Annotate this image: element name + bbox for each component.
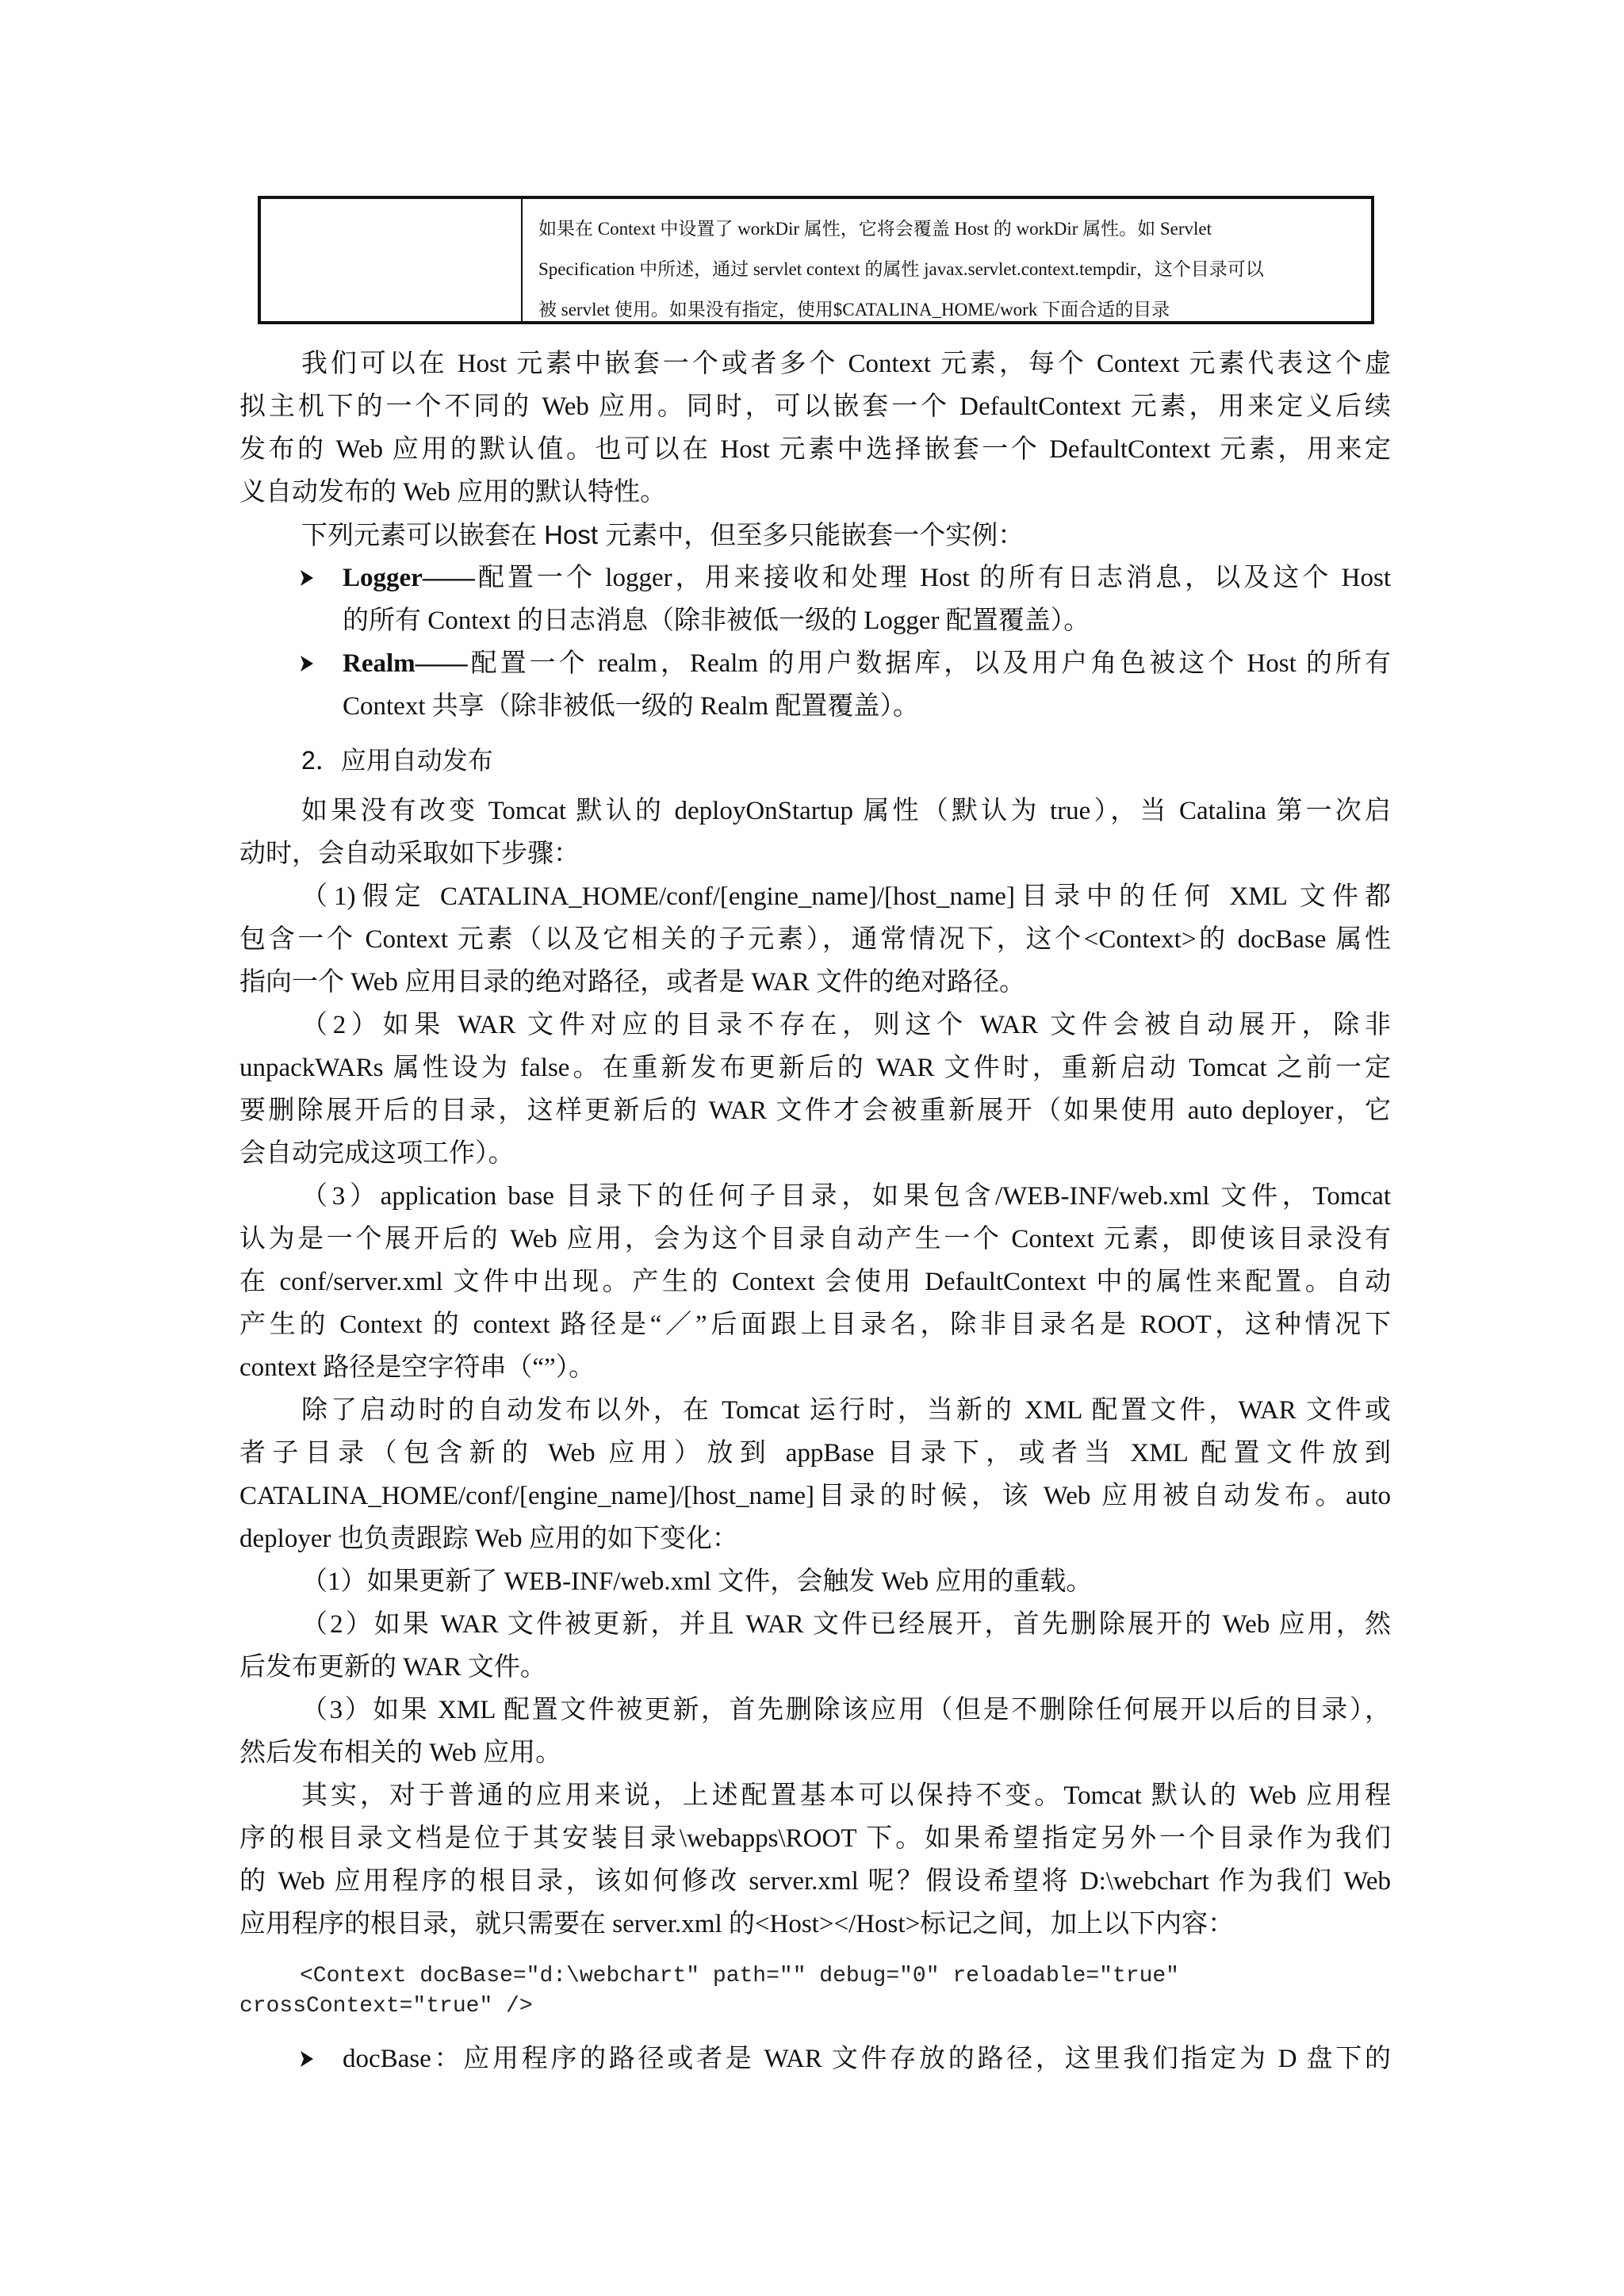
section-heading: 2．应用自动发布 (239, 739, 1391, 782)
text-line: 认为是一个展开后的 Web 应用，会为这个目录自动产生一个 Context 元素… (239, 1218, 1391, 1261)
text: 配置一个 realm，Realm 的用户数据库，以及用户角色被这个 Host 的… (468, 649, 1391, 678)
root-directory-paragraph: 其实，对于普通的应用来说，上述配置基本可以保持不变。Tomcat 默认的 Web… (239, 1774, 1391, 1946)
text-line: （1)假定 CATALINA_HOME/conf/[engine_name]/[… (239, 875, 1391, 918)
text-line: Realm——配置一个 realm，Realm 的用户数据库，以及用户角色被这个… (343, 642, 1391, 685)
text-line: 如果没有改变 Tomcat 默认的 deployOnStartup 属性（默认为… (239, 790, 1391, 832)
text-line: （3）application base 目录下的任何子目录，如果包含/WEB-I… (239, 1175, 1391, 1218)
list-item-logger: Logger——配置一个 logger，用来接收和处理 Host 的所有日志消息… (239, 557, 1391, 642)
text-line: （1）如果更新了 WEB-INF/web.xml 文件，会触发 Web 应用的重… (239, 1560, 1391, 1603)
text-line: 下列元素可以嵌套在 Host 元素中，但至多只能嵌套一个实例： (239, 514, 1391, 557)
term: docBase (343, 2045, 431, 2073)
text-line: 的所有 Context 的日志消息（除非被低一级的 Logger 配置覆盖）。 (343, 599, 1391, 642)
term: Realm (343, 649, 416, 678)
text-line: 者子目录（包含新的 Web 应用）放到 appBase 目录下，或者当 XML … (239, 1432, 1391, 1475)
runtime-change-1: （1）如果更新了 WEB-INF/web.xml 文件，会触发 Web 应用的重… (239, 1560, 1391, 1603)
text-line: 会自动完成这项工作）。 (239, 1132, 1391, 1175)
startup-step-1: （1)假定 CATALINA_HOME/conf/[engine_name]/[… (239, 875, 1391, 1004)
list-item-realm: Realm——配置一个 realm，Realm 的用户数据库，以及用户角色被这个… (239, 642, 1391, 728)
text-line: （2）如果 WAR 文件对应的目录不存在，则这个 WAR 文件会被自动展开，除非 (239, 1004, 1391, 1047)
attribute-name-cell (261, 199, 523, 321)
text-line: 我们可以在 Host 元素中嵌套一个或者多个 Context 元素，每个 Con… (239, 342, 1391, 385)
text-line: docBase：应用程序的路径或者是 WAR 文件存放的路径，这里我们指定为 D… (343, 2038, 1391, 2080)
text: 配置一个 logger，用来接收和处理 Host 的所有日志消息，以及这个 Ho… (475, 564, 1391, 592)
text-line: 要删除展开后的目录，这样更新后的 WAR 文件才会被重新展开（如果使用 auto… (239, 1089, 1391, 1132)
text-line: 除了启动时的自动发布以外，在 Tomcat 运行时，当新的 XML 配置文件，W… (239, 1389, 1391, 1432)
text-line: 在 conf/server.xml 文件中出现。产生的 Context 会使用 … (239, 1261, 1391, 1303)
text-line: 后发布更新的 WAR 文件。 (239, 1646, 1391, 1689)
runtime-change-3: （3）如果 XML 配置文件被更新，首先删除该应用（但是不删除任何展开以后的目录… (239, 1689, 1391, 1774)
text-line: Logger——配置一个 logger，用来接收和处理 Host 的所有日志消息… (343, 557, 1391, 599)
dash: —— (416, 649, 468, 678)
text-line: 动时，会自动采取如下步骤： (239, 832, 1391, 875)
description-line: 被 servlet 使用。如果没有指定，使用$CATALINA_HOME/wor… (538, 289, 1358, 330)
body-text: 我们可以在 Host 元素中嵌套一个或者多个 Context 元素，每个 Con… (239, 342, 1391, 2080)
description-line: Specification 中所述，通过 servlet context 的属性… (538, 249, 1358, 289)
code-line: crossContext="true" /> (239, 1992, 1391, 2022)
runtime-paragraph: 除了启动时的自动发布以外，在 Tomcat 运行时，当新的 XML 配置文件，W… (239, 1389, 1391, 1560)
text-line: 序的根目录文档是位于其安装目录\webapps\ROOT 下。如果希望指定另外一… (239, 1817, 1391, 1860)
description-line: 如果在 Context 中设置了 workDir 属性，它将会覆盖 Host 的… (538, 209, 1358, 249)
attribute-description-cell: 如果在 Context 中设置了 workDir 属性，它将会覆盖 Host 的… (523, 199, 1371, 321)
text-line: 然后发布相关的 Web 应用。 (239, 1732, 1391, 1774)
arrow-bullet-icon (300, 2038, 324, 2080)
arrow-bullet-icon (300, 642, 324, 685)
startup-step-2: （2）如果 WAR 文件对应的目录不存在，则这个 WAR 文件会被自动展开，除非… (239, 1004, 1391, 1175)
dash: —— (423, 564, 475, 592)
text-line: 产生的 Context 的 context 路径是“／”后面跟上目录名，除非目录… (239, 1303, 1391, 1346)
text-line: （2）如果 WAR 文件被更新，并且 WAR 文件已经展开，首先删除展开的 We… (239, 1603, 1391, 1646)
term: Logger (343, 564, 423, 592)
code-sample: <Context docBase="d:\webchart" path="" d… (239, 1961, 1391, 2022)
text-line: 包含一个 Context 元素（以及它相关的子元素），通常情况下，这个<Cont… (239, 918, 1391, 961)
startup-step-3: （3）application base 目录下的任何子目录，如果包含/WEB-I… (239, 1175, 1391, 1389)
text-line: 发布的 Web 应用的默认值。也可以在 Host 元素中选择嵌套一个 Defau… (239, 428, 1391, 471)
text-line: Context 共享（除非被低一级的 Realm 配置覆盖）。 (343, 685, 1391, 728)
text-line: 指向一个 Web 应用目录的绝对路径，或者是 WAR 文件的绝对路径。 (239, 961, 1391, 1004)
list-item-docbase: docBase：应用程序的路径或者是 WAR 文件存放的路径，这里我们指定为 D… (239, 2038, 1391, 2080)
nested-intro: 下列元素可以嵌套在 Host 元素中，但至多只能嵌套一个实例： (239, 514, 1391, 557)
text-line: deployer 也负责跟踪 Web 应用的如下变化： (239, 1517, 1391, 1560)
text-line: 应用程序的根目录，就只需要在 server.xml 的<Host></Host>… (239, 1903, 1391, 1946)
text-line: 其实，对于普通的应用来说，上述配置基本可以保持不变。Tomcat 默认的 Web… (239, 1774, 1391, 1817)
text-line: CATALINA_HOME/conf/[engine_name]/[host_n… (239, 1475, 1391, 1517)
attribute-table: 如果在 Context 中设置了 workDir 属性，它将会覆盖 Host 的… (258, 196, 1374, 324)
runtime-change-2: （2）如果 WAR 文件被更新，并且 WAR 文件已经展开，首先删除展开的 We… (239, 1603, 1391, 1689)
text-line: 的 Web 应用程序的根目录，该如何修改 server.xml 呢？假设希望将 … (239, 1860, 1391, 1903)
document-page: 如果在 Context 中设置了 workDir 属性，它将会覆盖 Host 的… (0, 0, 1624, 2296)
text-line: （3）如果 XML 配置文件被更新，首先删除该应用（但是不删除任何展开以后的目录… (239, 1689, 1391, 1732)
text-line: 义自动发布的 Web 应用的默认特性。 (239, 471, 1391, 514)
text-line: unpackWARs 属性设为 false。在重新发布更新后的 WAR 文件时，… (239, 1047, 1391, 1089)
deploy-intro-paragraph: 如果没有改变 Tomcat 默认的 deployOnStartup 属性（默认为… (239, 790, 1391, 875)
text: ：应用程序的路径或者是 WAR 文件存放的路径，这里我们指定为 D 盘下的 (431, 2045, 1391, 2073)
arrow-bullet-icon (300, 557, 324, 599)
text-line: context 路径是空字符串（“”）。 (239, 1346, 1391, 1389)
intro-paragraph: 我们可以在 Host 元素中嵌套一个或者多个 Context 元素，每个 Con… (239, 342, 1391, 514)
text-line: 拟主机下的一个不同的 Web 应用。同时，可以嵌套一个 DefaultConte… (239, 385, 1391, 428)
code-line: <Context docBase="d:\webchart" path="" d… (300, 1961, 1391, 1992)
